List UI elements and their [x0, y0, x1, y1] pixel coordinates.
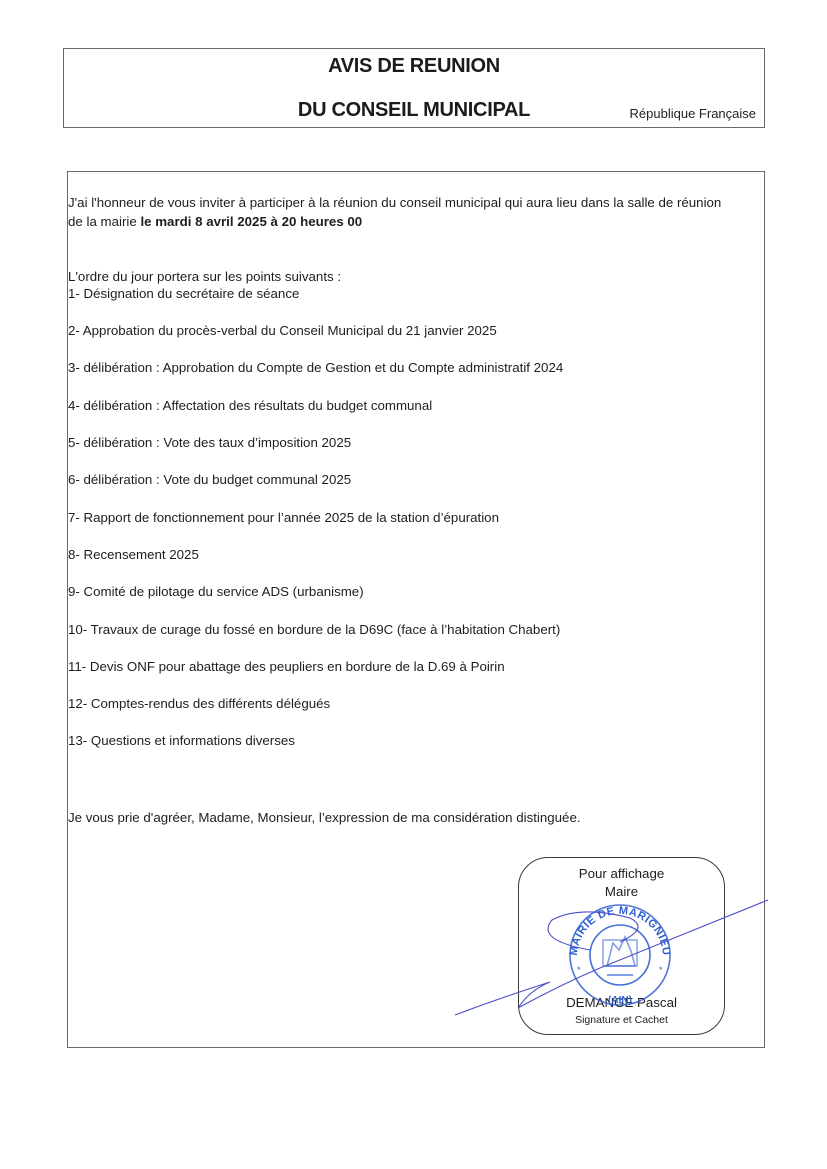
agenda-item: 1- Désignation du secrétaire de séance — [68, 286, 299, 301]
intro-paragraph: J'ai l'honneur de vous inviter à partici… — [68, 193, 728, 231]
agenda-item: 6- délibération : Vote du budget communa… — [68, 472, 351, 487]
agenda-item: 9- Comité de pilotage du service ADS (ur… — [68, 584, 364, 599]
closing-text: Je vous prie d'agréer, Madame, Monsieur,… — [68, 808, 581, 827]
sig-pour-affichage: Pour affichage — [519, 866, 724, 881]
title-line-1: AVIS DE REUNION — [64, 55, 764, 78]
meeting-date: le mardi 8 avril 2025 à 20 heures 00 — [140, 214, 362, 229]
republique-francaise-label: République Française — [630, 106, 756, 121]
agenda-item: 2- Approbation du procès-verbal du Conse… — [68, 323, 497, 338]
agenda-intro: L'ordre du jour portera sur les points s… — [68, 267, 341, 286]
agenda-item: 13- Questions et informations diverses — [68, 733, 295, 748]
agenda-item: 12- Comptes-rendus des différents délégu… — [68, 696, 330, 711]
agenda-item: 10- Travaux de curage du fossé en bordur… — [68, 622, 560, 637]
agenda-item: 7- Rapport de fonctionnement pour l’anné… — [68, 510, 499, 525]
header-box: AVIS DE REUNION DU CONSEIL MUNICIPAL Rép… — [63, 48, 765, 128]
agenda-item: 3- délibération : Approbation du Compte … — [68, 360, 563, 375]
agenda-item: 11- Devis ONF pour abattage des peuplier… — [68, 659, 505, 674]
agenda-item: 5- délibération : Vote des taux d’imposi… — [68, 435, 351, 450]
signature-scribble-icon — [440, 880, 770, 1030]
agenda-item: 4- délibération : Affectation des résult… — [68, 398, 432, 413]
agenda-item: 8- Recensement 2025 — [68, 547, 199, 562]
